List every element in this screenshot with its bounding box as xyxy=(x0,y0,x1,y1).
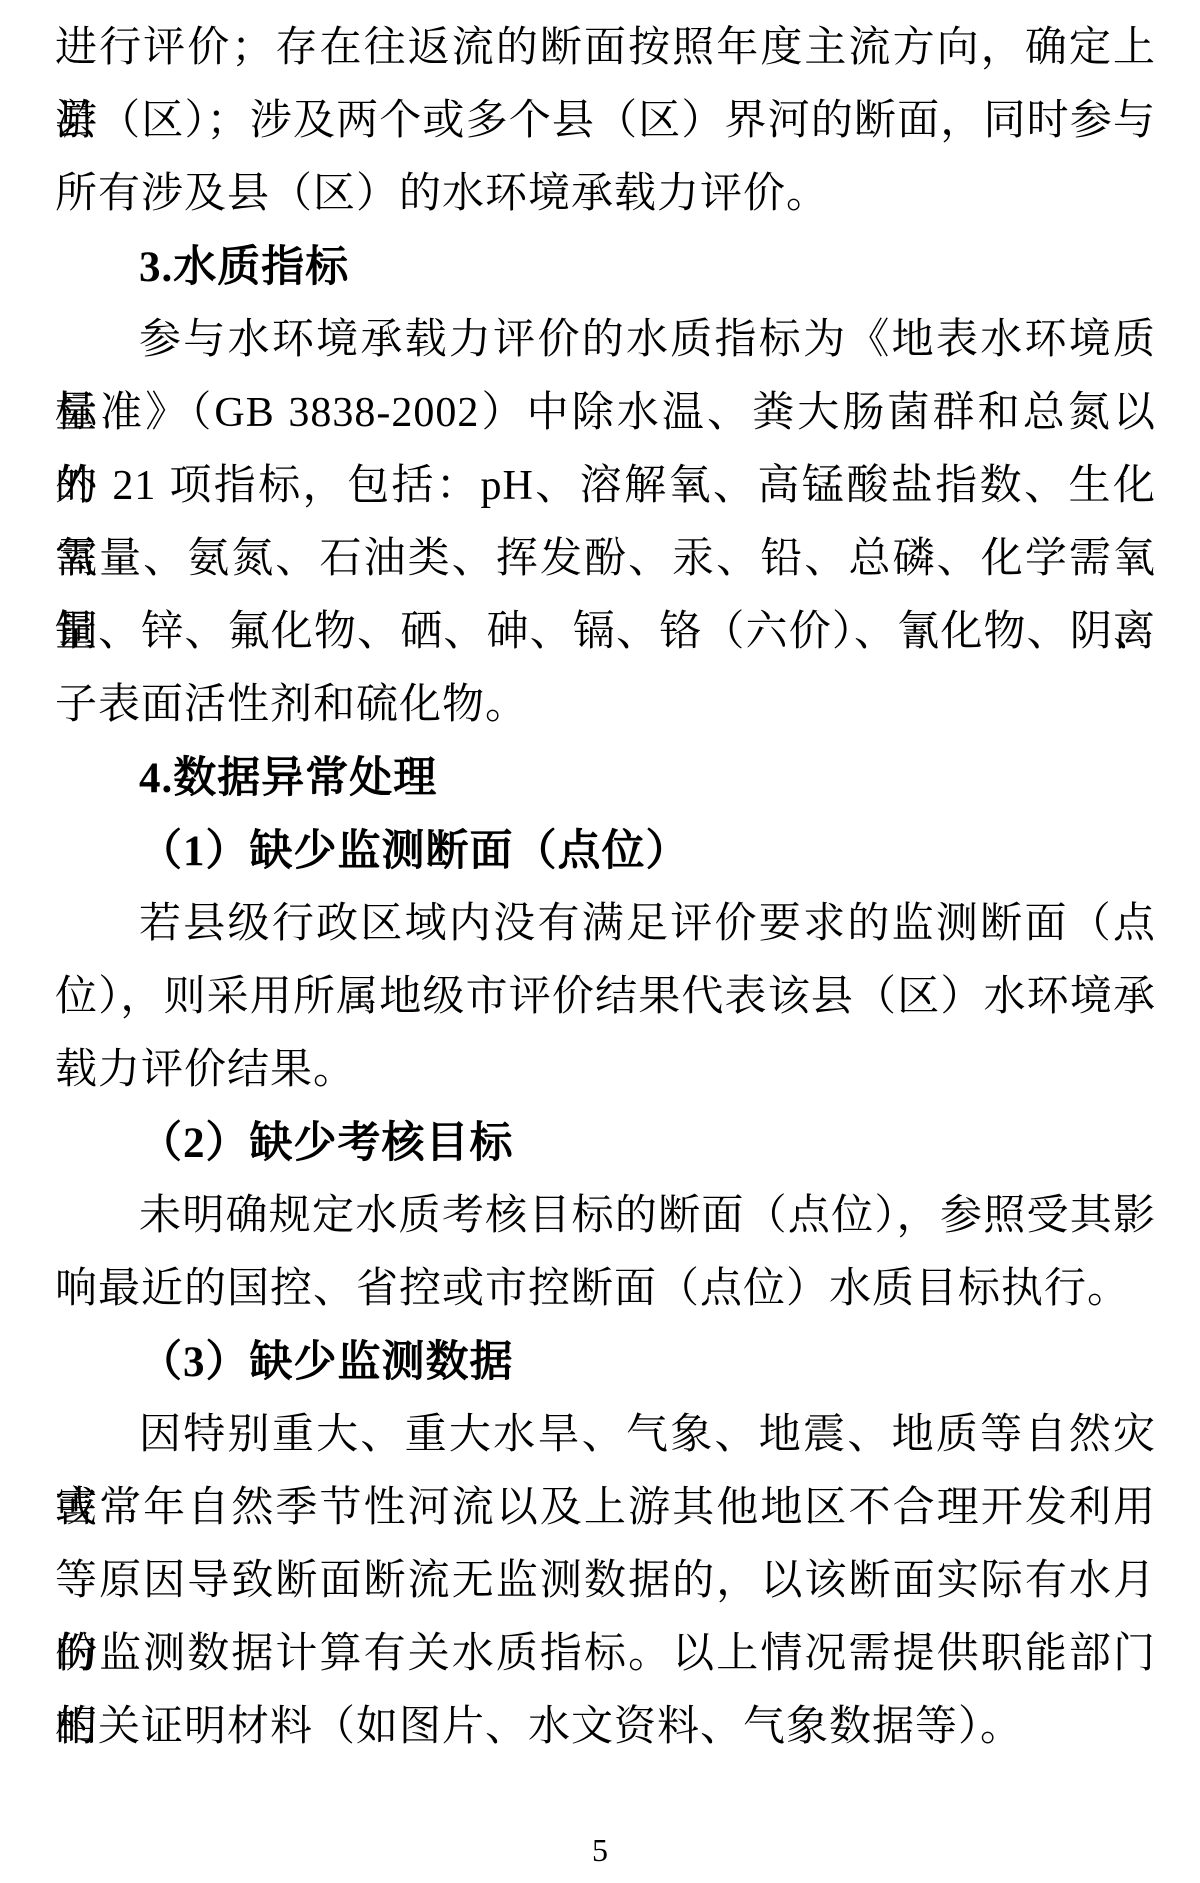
sub-heading: （1）缺少监测断面（点位） xyxy=(55,815,1156,888)
page-number: 5 xyxy=(0,1832,1200,1869)
text-line: 所有涉及县（区）的水环境承载力评价。 xyxy=(55,158,1156,231)
text-line: 的 21 项指标，包括：pH、溶解氧、高锰酸盐指数、生化需 xyxy=(55,450,1156,523)
text-line: 未明确规定水质考核目标的断面（点位），参照受其影 xyxy=(55,1180,1156,1253)
section-heading: 3.水质指标 xyxy=(55,231,1156,304)
sub-heading: （2）缺少考核目标 xyxy=(55,1107,1156,1180)
section-heading: 4.数据异常处理 xyxy=(55,742,1156,815)
text-line: 县（区）；涉及两个或多个县（区）界河的断面，同时参与 xyxy=(55,85,1156,158)
text-line: 氧量、氨氮、石油类、挥发酚、汞、铅、总磷、化学需氧量、 xyxy=(55,523,1156,596)
text-line: 载力评价结果。 xyxy=(55,1034,1156,1107)
text-line: 相关证明材料（如图片、水文资料、气象数据等）。 xyxy=(55,1691,1156,1764)
text-line: 或常年自然季节性河流以及上游其他地区不合理开发利用 xyxy=(55,1472,1156,1545)
document-body: 进行评价；存在往返流的断面按照年度主流方向，确定上游 县（区）；涉及两个或多个县… xyxy=(55,12,1156,1764)
text-line: 响最近的国控、省控或市控断面（点位）水质目标执行。 xyxy=(55,1253,1156,1326)
text-line: 的监测数据计算有关水质指标。以上情况需提供职能部门的 xyxy=(55,1618,1156,1691)
text-line: 因特别重大、重大水旱、气象、地震、地质等自然灾害 xyxy=(55,1399,1156,1472)
sub-heading: （3）缺少监测数据 xyxy=(55,1326,1156,1399)
text-line: 若县级行政区域内没有满足评价要求的监测断面（点 xyxy=(55,888,1156,961)
document-page: 进行评价；存在往返流的断面按照年度主流方向，确定上游 县（区）；涉及两个或多个县… xyxy=(0,0,1200,1883)
text-line: 标准》（GB 3838-2002）中除水温、粪大肠菌群和总氮以外 xyxy=(55,377,1156,450)
text-line: 参与水环境承载力评价的水质指标为《地表水环境质量 xyxy=(55,304,1156,377)
text-line: 铜、锌、氟化物、硒、砷、镉、铬（六价）、氰化物、阴离 xyxy=(55,596,1156,669)
text-line: 位），则采用所属地级市评价结果代表该县（区）水环境承 xyxy=(55,961,1156,1034)
text-line: 等原因导致断面断流无监测数据的，以该断面实际有水月份 xyxy=(55,1545,1156,1618)
text-line: 进行评价；存在往返流的断面按照年度主流方向，确定上游 xyxy=(55,12,1156,85)
text-line: 子表面活性剂和硫化物。 xyxy=(55,669,1156,742)
